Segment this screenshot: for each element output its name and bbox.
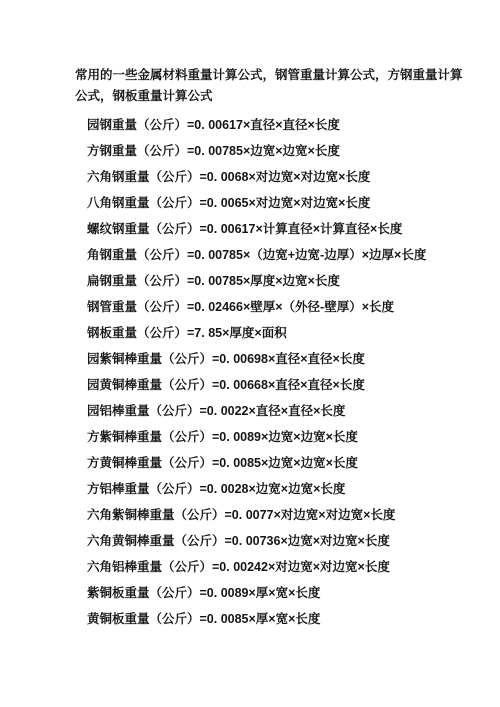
formula-line-rebar: 螺纹钢重量（公斤）=0. 00617×计算直径×计算直径×长度 xyxy=(87,216,426,242)
formula-line-octagonal-steel: 八角钢重量（公斤）=0. 0065×对边宽×对边宽×长度 xyxy=(87,190,426,216)
formula-line-hex-steel: 六角钢重量（公斤）=0. 0068×对边宽×对边宽×长度 xyxy=(87,164,426,190)
title-line-2: 公式，钢板重量计算公式 xyxy=(75,86,463,107)
formula-line-hex-copper-rod: 六角紫铜棒重量（公斤）=0. 0077×对边宽×对边宽×长度 xyxy=(87,502,426,528)
formula-line-brass-plate: 黄铜板重量（公斤）=0. 0085×厚×宽×长度 xyxy=(87,606,426,632)
formula-line-square-brass-rod: 方黄铜棒重量（公斤）=0. 0085×边宽×边宽×长度 xyxy=(87,450,426,476)
formula-line-round-brass-rod: 园黄铜棒重量（公斤）=0. 00668×直径×直径×长度 xyxy=(87,372,426,398)
document-page: 常用的一些金属材料重量计算公式，钢管重量计算公式，方钢重量计算 公式，钢板重量计… xyxy=(0,0,500,707)
formula-line-round-aluminum-rod: 园铝棒重量（公斤）=0. 0022×直径×直径×长度 xyxy=(87,398,426,424)
formula-line-round-steel: 园钢重量（公斤）=0. 00617×直径×直径×长度 xyxy=(87,112,426,138)
formula-line-round-copper-rod: 园紫铜棒重量（公斤）=0. 00698×直径×直径×长度 xyxy=(87,346,426,372)
formula-line-copper-plate: 紫铜板重量（公斤）=0. 0089×厚×宽×长度 xyxy=(87,580,426,606)
formula-line-flat-steel: 扁钢重量（公斤）=0. 00785×厚度×边宽×长度 xyxy=(87,268,426,294)
formula-line-steel-pipe: 钢管重量（公斤）=0. 02466×壁厚×（外径-壁厚）×长度 xyxy=(87,294,426,320)
formula-line-steel-plate: 钢板重量（公斤）=7. 85×厚度×面积 xyxy=(87,320,426,346)
document-title: 常用的一些金属材料重量计算公式，钢管重量计算公式，方钢重量计算 公式，钢板重量计… xyxy=(75,65,463,107)
formula-line-square-aluminum-rod: 方铝棒重量（公斤）=0. 0028×边宽×边宽×长度 xyxy=(87,476,426,502)
formula-line-hex-brass-rod: 六角黄铜棒重量（公斤）=0. 00736×边宽×对边宽×长度 xyxy=(87,528,426,554)
formula-line-square-steel: 方钢重量（公斤）=0. 00785×边宽×边宽×长度 xyxy=(87,138,426,164)
formula-line-hex-aluminum-rod: 六角铝棒重量（公斤）=0. 00242×对边宽×对边宽×长度 xyxy=(87,554,426,580)
formula-list: 园钢重量（公斤）=0. 00617×直径×直径×长度 方钢重量（公斤）=0. 0… xyxy=(87,112,426,632)
title-line-1: 常用的一些金属材料重量计算公式，钢管重量计算公式，方钢重量计算 xyxy=(75,65,463,86)
formula-line-angle-steel: 角钢重量（公斤）=0. 00785×（边宽+边宽-边厚）×边厚×长度 xyxy=(87,242,426,268)
formula-line-square-copper-rod: 方紫铜棒重量（公斤）=0. 0089×边宽×边宽×长度 xyxy=(87,424,426,450)
